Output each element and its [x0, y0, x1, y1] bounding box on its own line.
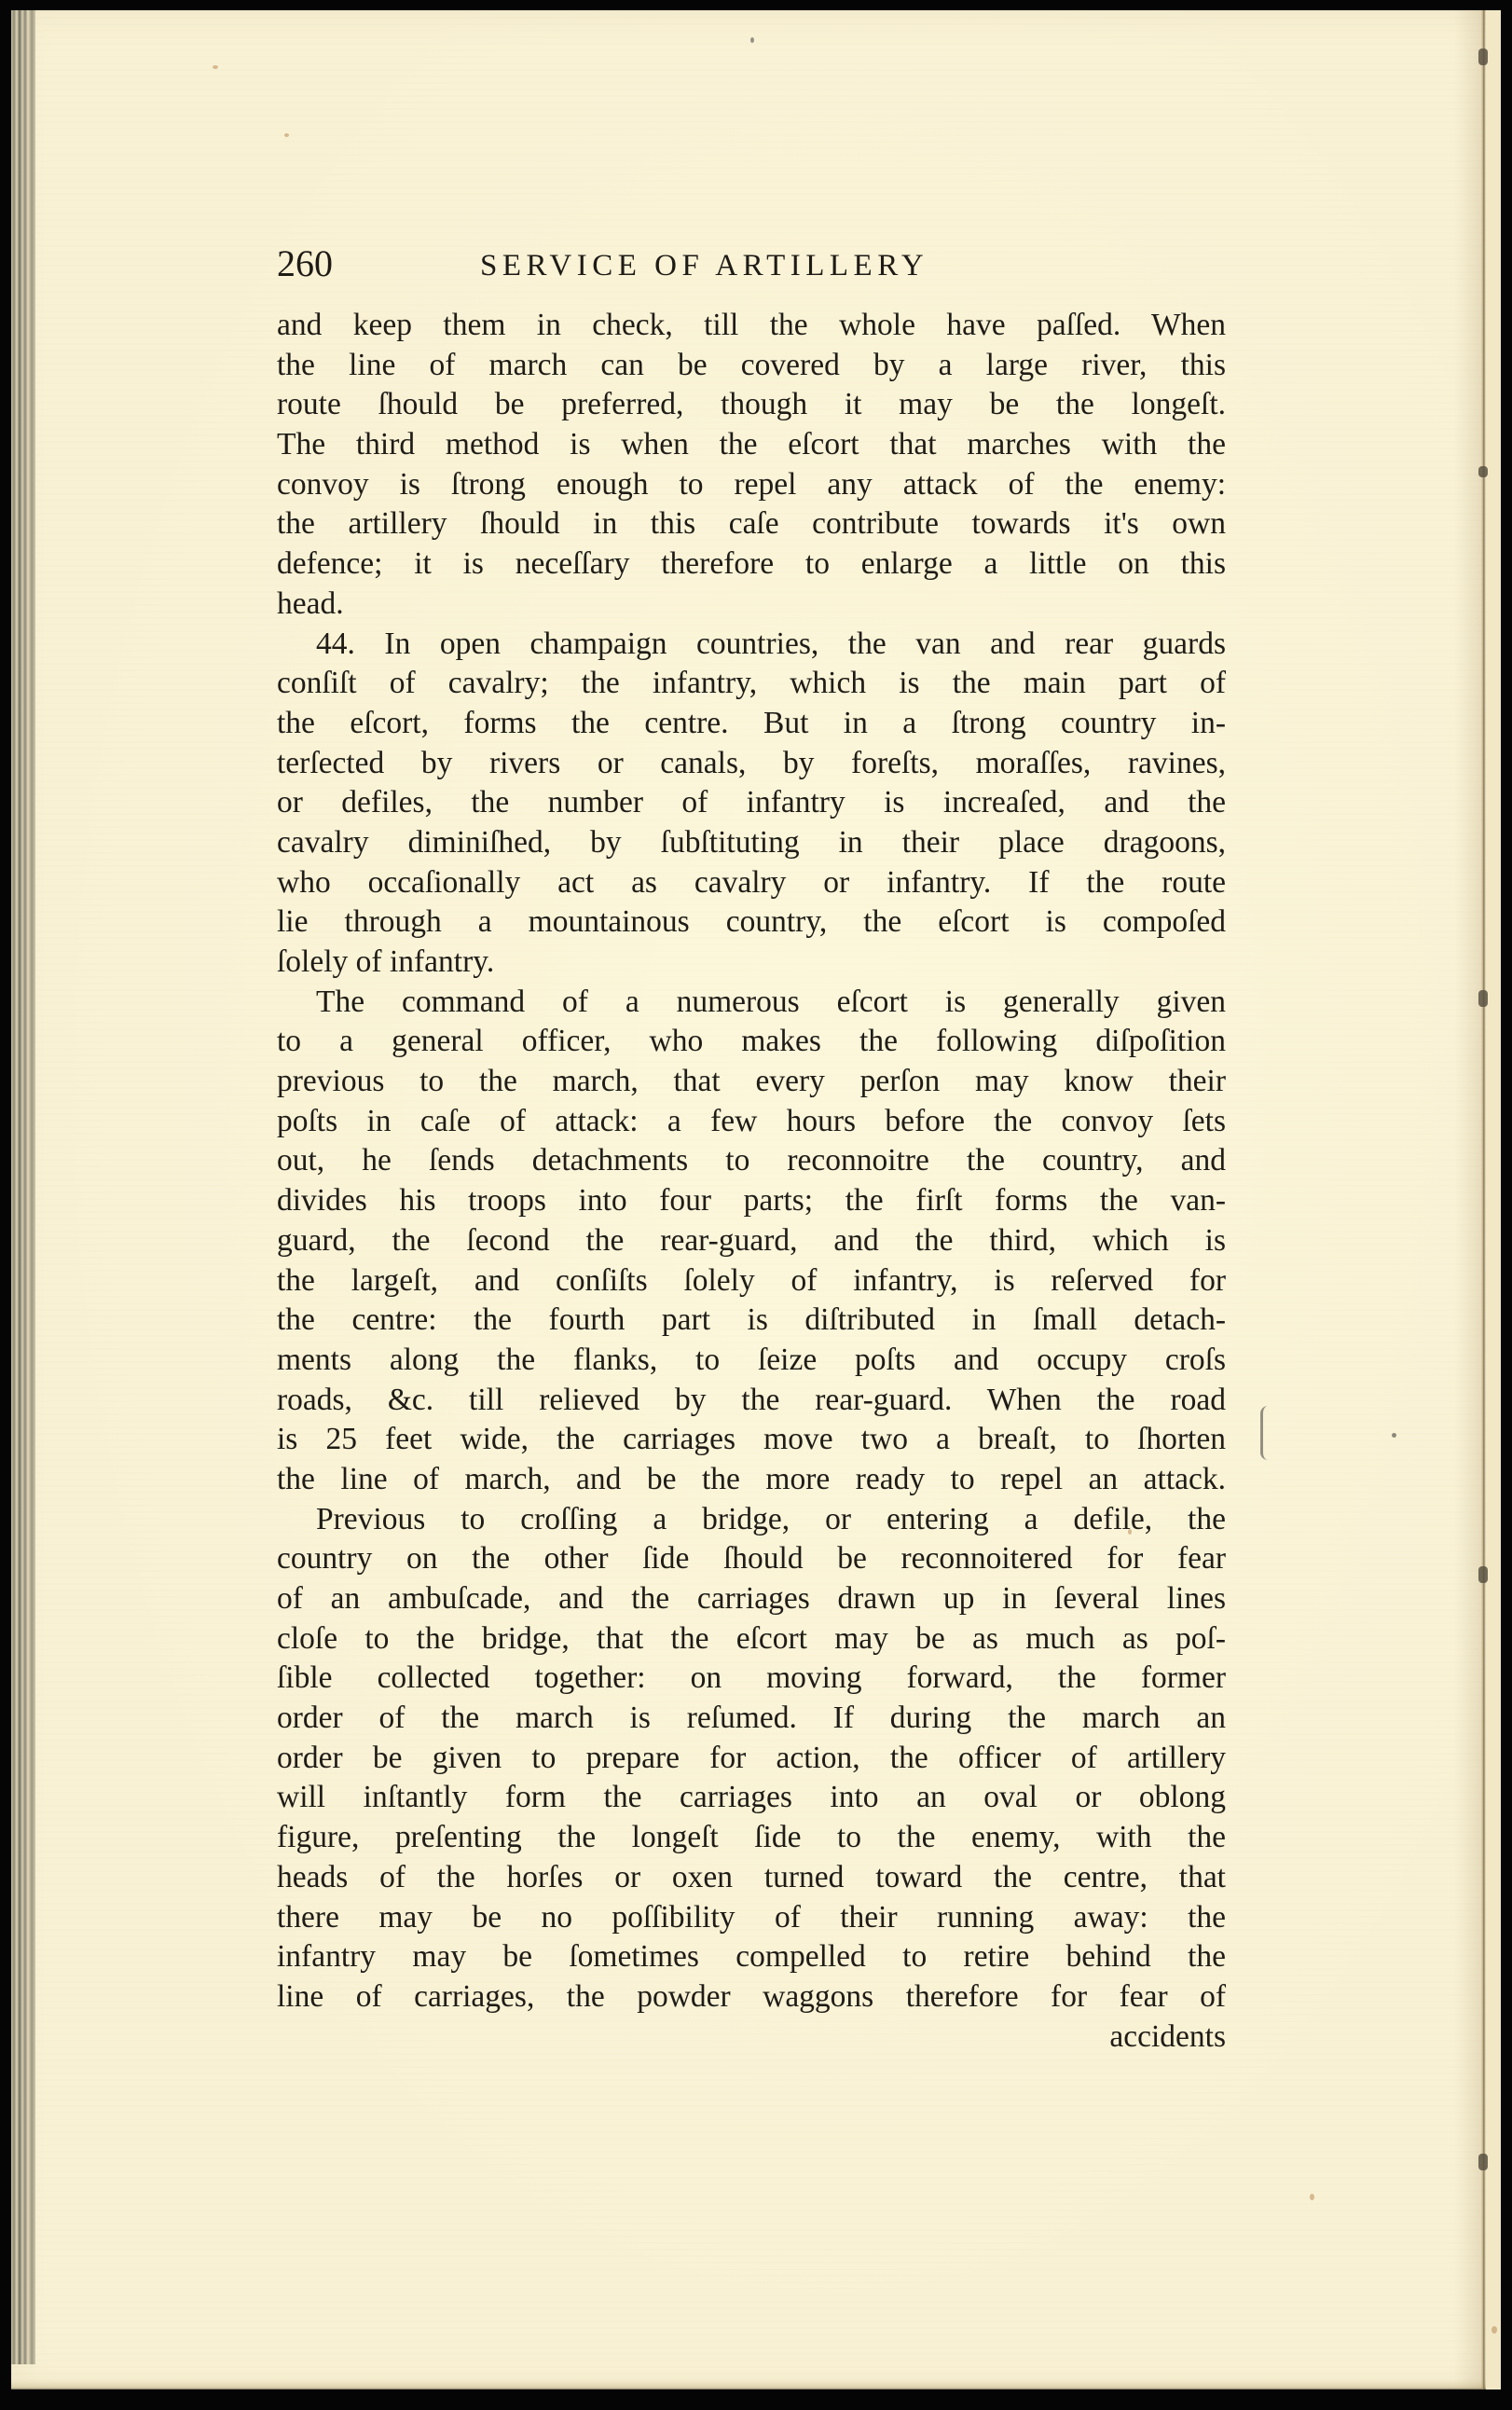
- text-line: who occaſionally act as cavalry or infan…: [277, 863, 1226, 903]
- text-line: the line of march, and be the more ready…: [277, 1460, 1226, 1500]
- text-line: figure, preſenting the longeſt ſide to t…: [277, 1818, 1226, 1858]
- text-line: terſected by rivers or canals, by foreſt…: [277, 744, 1226, 784]
- text-line: line of carriages, the powder waggons th…: [277, 1977, 1226, 2018]
- text-line: will inſtantly form the carriages into a…: [277, 1778, 1226, 1818]
- text-line: roads, &c. till relieved by the rear-gua…: [277, 1381, 1226, 1421]
- page-number: 260: [277, 241, 333, 287]
- text-line: of an ambuſcade, and the carriages drawn…: [277, 1579, 1226, 1619]
- paper-speck: [1491, 2326, 1497, 2334]
- text-line: ments along the flanks, to ſeize poſts a…: [277, 1341, 1226, 1381]
- paper-speck: [213, 65, 218, 69]
- text-line: conſiſt of cavalry; the infantry, which …: [277, 664, 1226, 704]
- adjacent-leaf-edge: [1486, 10, 1501, 2389]
- binding-stitch: [1478, 48, 1488, 65]
- text-line: divides his troops into four parts; the …: [277, 1181, 1226, 1221]
- binding-stitch: [1478, 1566, 1488, 1583]
- binding-stitch: [1478, 2154, 1488, 2170]
- catchword: accidents: [277, 2018, 1226, 2058]
- paragraph-bridge: Previous to croſſing a bridge, or enteri…: [277, 1500, 1226, 2018]
- text-line: convoy is ſtrong enough to repel any att…: [277, 465, 1226, 505]
- text-line: previous to the march, that every perſon…: [277, 1062, 1226, 1102]
- page-gutter-edges: [11, 10, 35, 2364]
- text-line: head.: [277, 585, 1226, 625]
- paper-speck: [750, 37, 754, 43]
- binding-stitch: [1478, 466, 1488, 477]
- running-head: SERVICE OF ARTILLERY: [480, 242, 928, 289]
- text-line: guard, the ſecond the rear-guard, and th…: [277, 1221, 1226, 1261]
- text-line: order of the march is reſumed. If during…: [277, 1699, 1226, 1739]
- text-line: country on the other ſide ſhould be reco…: [277, 1539, 1226, 1579]
- text-line: to a general officer, who makes the foll…: [277, 1022, 1226, 1062]
- margin-ink-mark: [1260, 1406, 1269, 1460]
- text-line: cavalry diminiſhed, by ſubſtituting in t…: [277, 823, 1226, 863]
- text-line: route ſhould be preferred, though it may…: [277, 385, 1226, 425]
- text-line: and keep them in check, till the whole h…: [277, 306, 1226, 346]
- text-line: defence; it is neceſſary therefore to en…: [277, 544, 1226, 585]
- paper-speck: [1392, 1433, 1396, 1438]
- text-line: is 25 feet wide, the carriages move two …: [277, 1420, 1226, 1460]
- text-line: infantry may be ſometimes compelled to r…: [277, 1937, 1226, 1977]
- text-line: the line of march can be covered by a la…: [277, 346, 1226, 386]
- text-line: poſts in caſe of attack: a few hours bef…: [277, 1102, 1226, 1142]
- fold-shadow: [1454, 10, 1482, 2389]
- text-line: Previous to croſſing a bridge, or enteri…: [277, 1500, 1226, 1540]
- paper-speck: [284, 133, 289, 137]
- text-line: The third method is when the eſcort that…: [277, 425, 1226, 465]
- paragraph-section-44: 44. In open champaign countries, the van…: [277, 625, 1226, 983]
- binding-stitch: [1478, 990, 1488, 1007]
- text-line: order be given to prepare for action, th…: [277, 1739, 1226, 1779]
- paper-speck: [1310, 2194, 1314, 2200]
- text-line: or defiles, the number of infantry is in…: [277, 783, 1226, 823]
- text-line: The command of a numerous eſcort is gene…: [277, 983, 1226, 1023]
- page-header: 260 SERVICE OF ARTILLERY: [277, 241, 1228, 287]
- text-line: the centre: the fourth part is diſtribut…: [277, 1301, 1226, 1341]
- text-line: cloſe to the bridge, that the eſcort may…: [277, 1619, 1226, 1659]
- text-line: the eſcort, forms the centre. But in a ſ…: [277, 704, 1226, 744]
- text-line: the largeſt, and conſiſts ſolely of infa…: [277, 1261, 1226, 1301]
- text-line: there may be no poſſibility of their run…: [277, 1898, 1226, 1938]
- text-line: the artillery ſhould in this caſe contri…: [277, 504, 1226, 544]
- body-text: and keep them in check, till the whole h…: [277, 306, 1226, 2057]
- text-line: lie through a mountainous country, the e…: [277, 902, 1226, 943]
- text-line: 44. In open champaign countries, the van…: [277, 625, 1226, 665]
- text-line: ſible collected together: on moving forw…: [277, 1659, 1226, 1699]
- paragraph-command: The command of a numerous eſcort is gene…: [277, 983, 1226, 1500]
- text-line: heads of the horſes or oxen turned towar…: [277, 1858, 1226, 1898]
- text-line: out, he ſends detachments to reconnoitre…: [277, 1141, 1226, 1181]
- text-line: ſolely of infantry.: [277, 943, 1226, 983]
- paragraph-continuation: and keep them in check, till the whole h…: [277, 306, 1226, 625]
